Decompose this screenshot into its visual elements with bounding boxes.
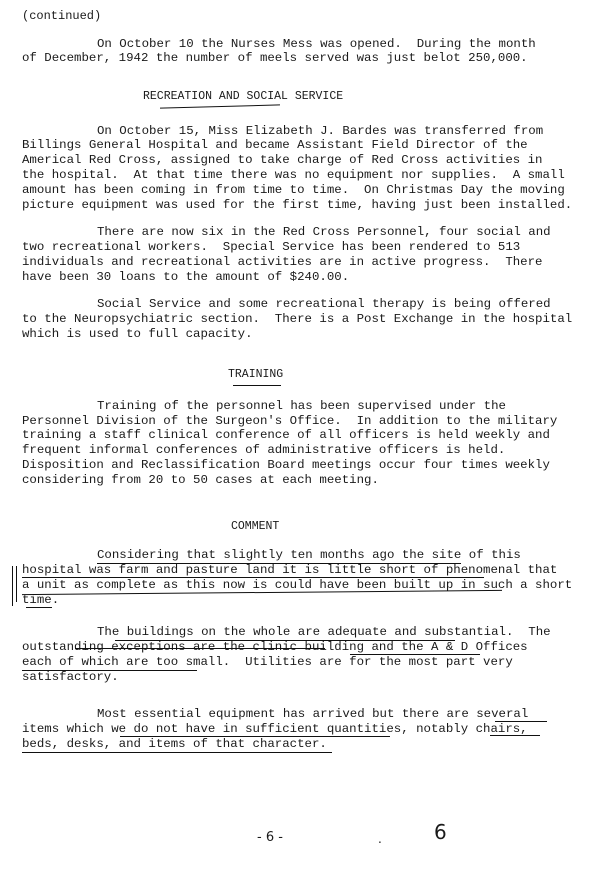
handwritten-underline — [26, 607, 52, 608]
recreation-p1-line: On October 15, Miss Elizabeth J. Bardes … — [97, 124, 543, 138]
recreation-p1-line: amount has been coming in from time to t… — [22, 183, 565, 197]
handwritten-underline — [120, 736, 390, 737]
handwritten-underline — [97, 563, 461, 564]
handwritten-underline — [490, 735, 540, 736]
handwritten-underline — [495, 721, 547, 722]
heading-underline — [160, 104, 280, 108]
heading-underline — [233, 385, 281, 386]
handwritten-underline — [115, 640, 455, 641]
recreation-heading: RECREATION AND SOCIAL SERVICE — [143, 90, 343, 103]
training-p1-line: frequent informal conferences of adminis… — [22, 443, 505, 457]
recreation-p2-line: have been 30 loans to the amount of $240… — [22, 270, 349, 284]
recreation-p1-line: Americal Red Cross, assigned to take cha… — [22, 153, 543, 167]
comment-p3-line: Most essential equipment has arrived but… — [97, 707, 528, 721]
handwritten-underline — [350, 654, 480, 655]
recreation-p2-line: There are now six in the Red Cross Perso… — [97, 225, 551, 239]
recreation-p1-line: picture equipment was used for the first… — [22, 198, 572, 212]
recreation-p3-line: which is used to full capacity. — [22, 327, 253, 341]
comment-p2-line: The buildings on the whole are adequate … — [97, 625, 551, 639]
recreation-p2-line: individuals and recreational activities … — [22, 255, 543, 269]
stray-dot: . — [378, 832, 382, 846]
margin-mark — [16, 566, 17, 602]
comment-p2-line: each of which are too small. Utilities a… — [22, 655, 513, 669]
training-p1-line: Training of the personnel has been super… — [97, 399, 506, 413]
recreation-p3-line: Social Service and some recreational the… — [97, 297, 551, 311]
recreation-p1-line: the hospital. At that time there was no … — [22, 168, 565, 182]
mess-line-1: On October 10 the Nurses Mess was opened… — [97, 37, 536, 51]
handwritten-underline — [22, 752, 332, 753]
continued-label: (continued) — [22, 9, 101, 23]
margin-mark — [12, 566, 13, 606]
comment-p3-line: beds, desks, and items of that character… — [22, 737, 327, 751]
comment-p2-line: outstanding exceptions are the clinic bu… — [22, 640, 528, 654]
mess-line-2: of December, 1942 the number of meels se… — [22, 51, 528, 65]
recreation-p2-line: two recreational workers. Special Servic… — [22, 240, 520, 254]
comment-p3-line: items which we do not have in sufficient… — [22, 722, 528, 736]
comment-p1-line: Considering that slightly ten months ago… — [97, 548, 521, 562]
handwritten-underline — [75, 648, 325, 649]
training-p1-line: considering from 20 to 50 cases at each … — [22, 473, 379, 487]
training-heading: TRAINING — [228, 368, 283, 381]
comment-p2-line: satisfactory. — [22, 670, 119, 684]
page-number: - 6 - — [257, 830, 283, 845]
training-p1-line: training a staff clinical conference of … — [22, 428, 550, 442]
recreation-p1-line: Billings General Hospital and became Ass… — [22, 138, 528, 152]
handwritten-underline — [22, 577, 484, 578]
comment-heading: COMMENT — [231, 520, 279, 533]
handwritten-page-number: 6 — [434, 820, 447, 844]
training-p1-line: Personnel Division of the Surgeon's Offi… — [22, 414, 557, 428]
comment-p1-line: hospital was farm and pasture land it is… — [22, 563, 557, 577]
training-p1-line: Disposition and Reclassification Board m… — [22, 458, 550, 472]
handwritten-underline — [22, 670, 197, 671]
comment-p1-line: time. — [22, 593, 59, 607]
recreation-p3-line: to the Neuropsychiatric section. There i… — [22, 312, 572, 326]
